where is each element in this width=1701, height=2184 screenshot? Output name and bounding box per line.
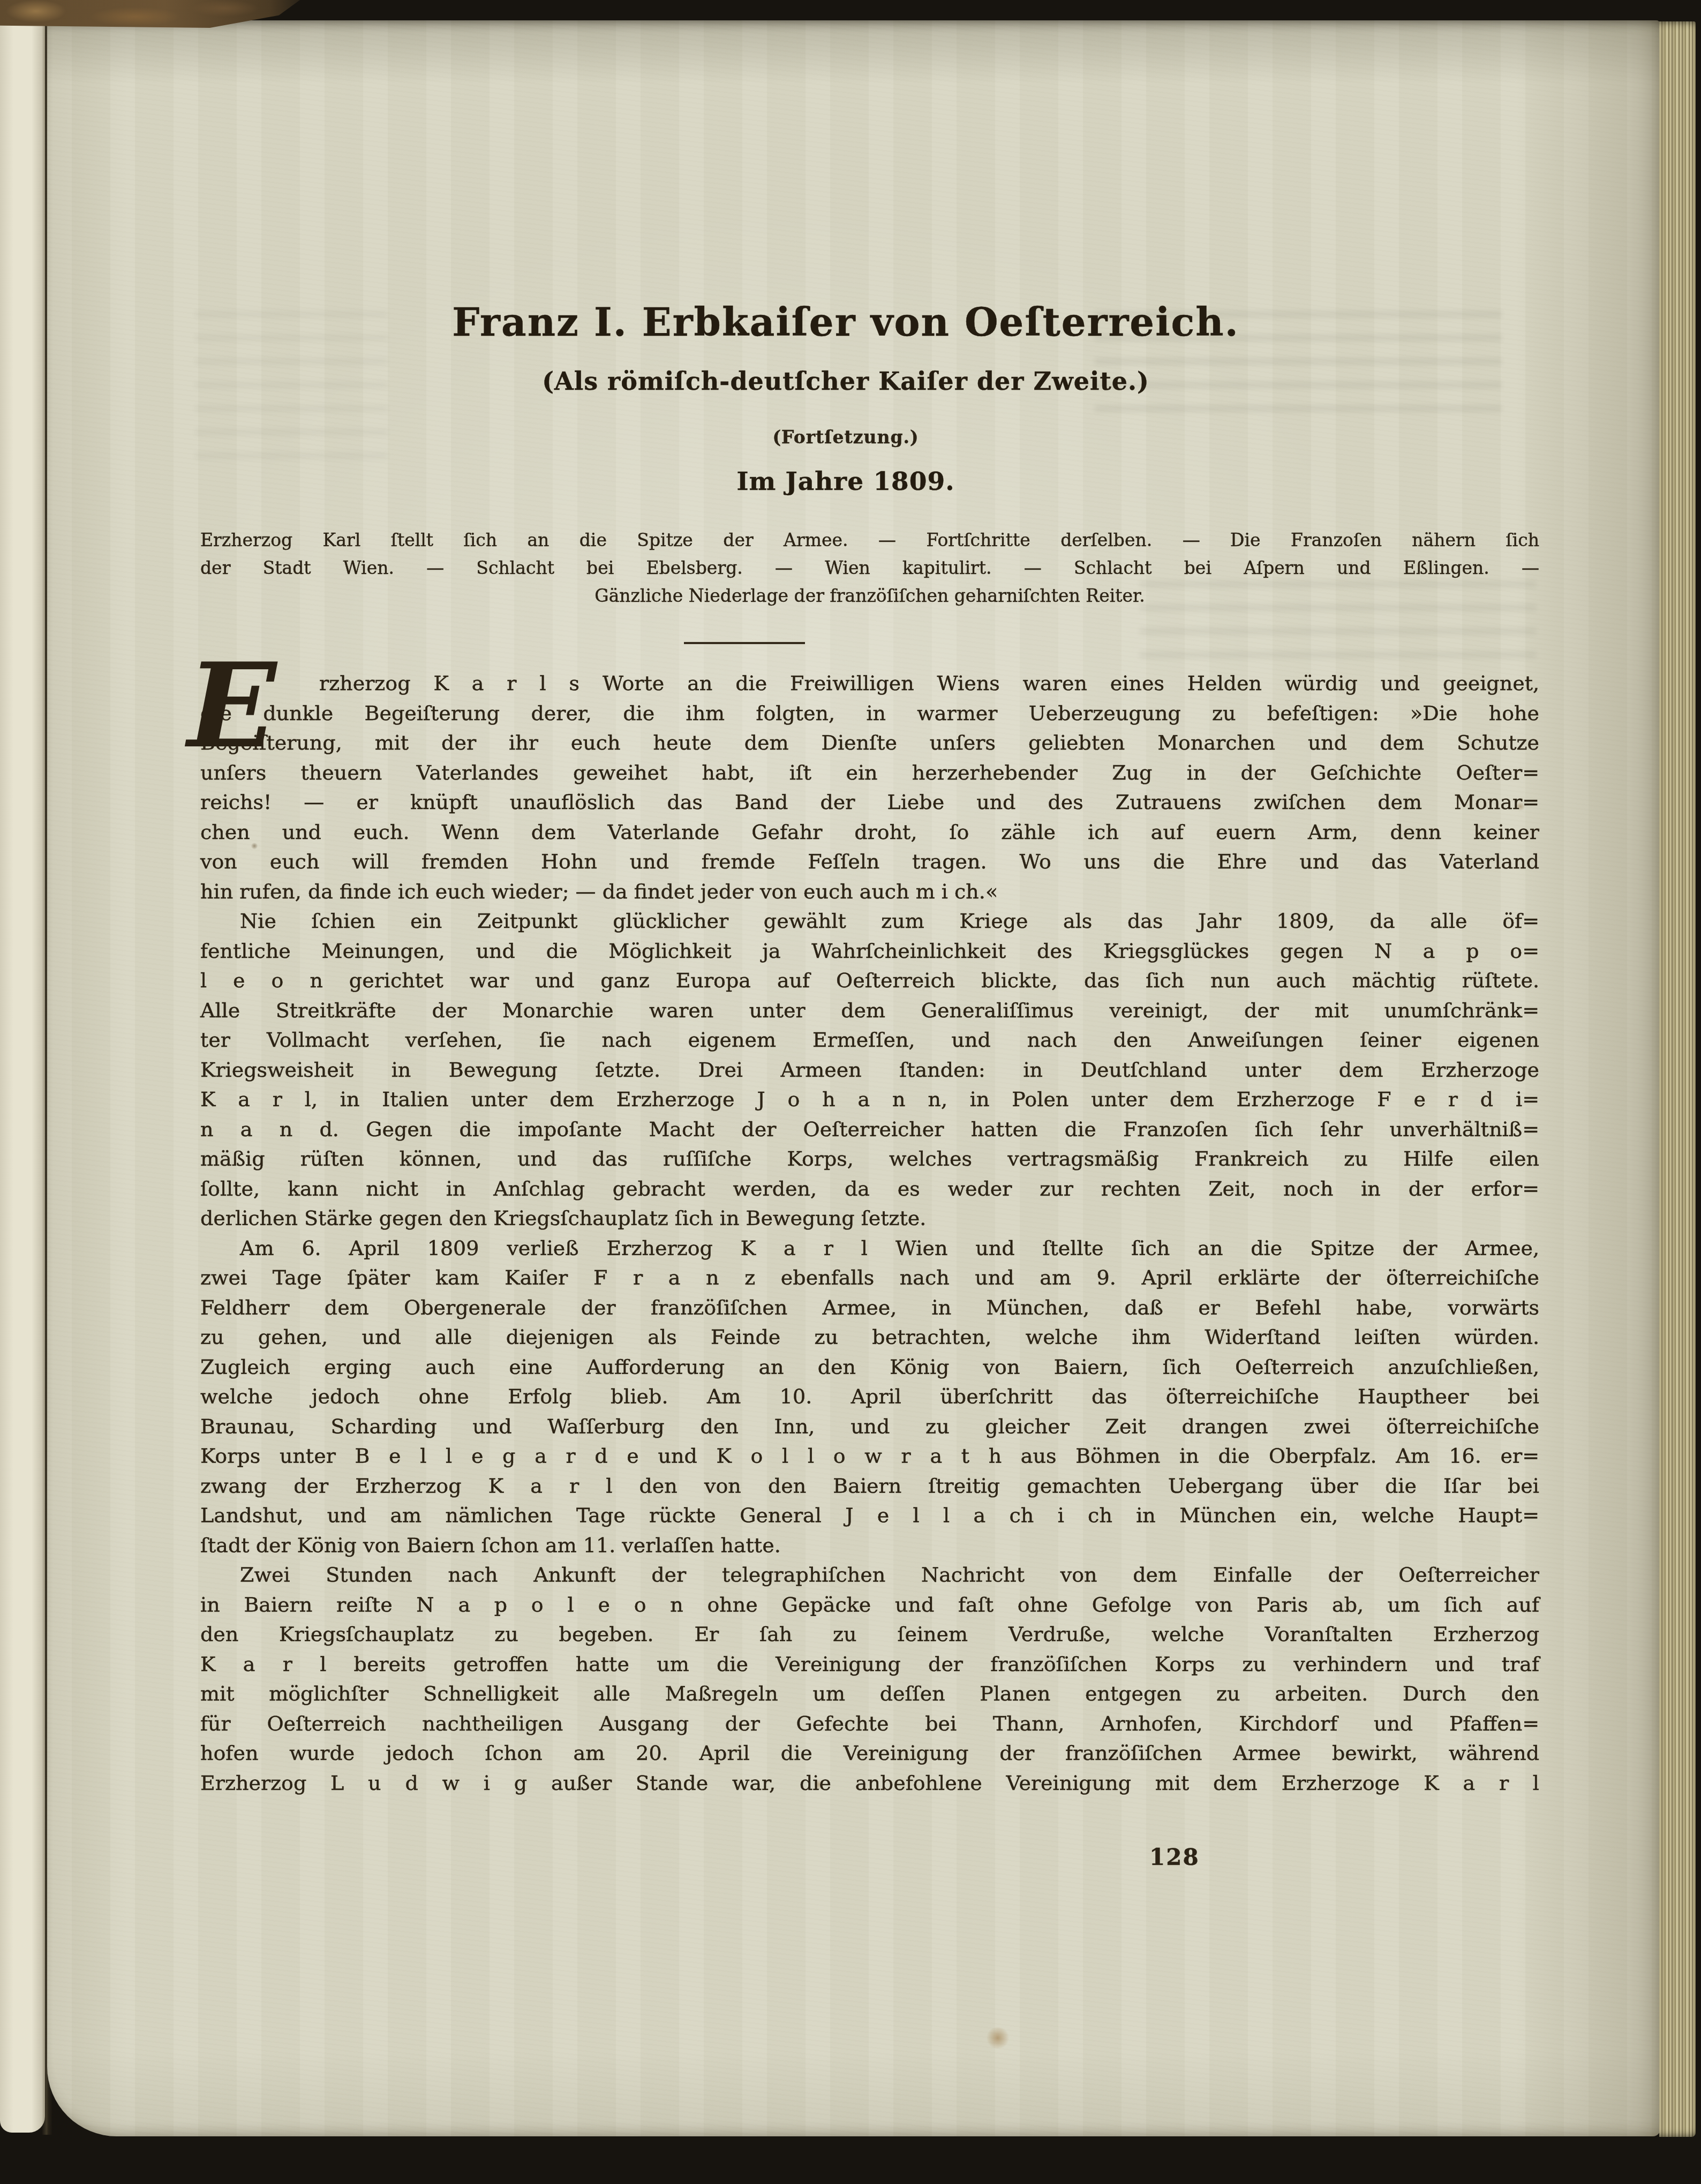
printed-text-block: Franz I. Erbkaiſer von Oeſterreich. (Als… xyxy=(200,301,1539,1870)
body-line: zwei Tage ſpäter kam Kaiſer F r a n z eb… xyxy=(200,1263,1539,1293)
body-line: mit möglichſter Schnelligkeit alle Maßre… xyxy=(200,1679,1539,1709)
body-line: K a r l bereits getroffen hatte um die V… xyxy=(200,1650,1539,1680)
section-divider-rule xyxy=(684,642,805,644)
body-line: Am 6. April 1809 verließ Erzherzog K a r… xyxy=(200,1234,1539,1264)
continuation-note: (Fortſetzung.) xyxy=(176,427,1515,448)
summary-line: der Stadt Wien. — Schlacht bei Ebelsberg… xyxy=(200,554,1539,582)
body-line: hin rufen, da finde ich euch wieder; — d… xyxy=(200,877,1539,907)
body-line: zwang der Erzherzog K a r l den von den … xyxy=(200,1471,1539,1501)
page-title: Franz I. Erbkaiſer von Oeſterreich. xyxy=(176,301,1515,343)
body-line: ſollte, kann nicht in Anſchlag gebracht … xyxy=(200,1174,1539,1204)
body-line: den Kriegsſchauplatz zu begeben. Er ſah … xyxy=(200,1620,1539,1650)
body-line: derlichen Stärke gegen den Kriegsſchaupl… xyxy=(200,1204,1539,1234)
body-line: in Baiern reiſte N a p o l e o n ohne Ge… xyxy=(200,1590,1539,1620)
drop-cap-initial: E xyxy=(187,647,276,764)
body-line: Erzherzog L u d w i g außer Stande war, … xyxy=(200,1769,1539,1798)
body-line: Nie ſchien ein Zeitpunkt glücklicher gew… xyxy=(200,906,1539,936)
body-line: unſers theuern Vaterlandes geweihet habt… xyxy=(200,758,1539,788)
body-line: Begeiſterung, mit der ihr euch heute dem… xyxy=(200,728,1539,758)
body-line: mäßig rüſten können, und das ruſſiſche K… xyxy=(200,1144,1539,1174)
body-line: fentliche Meinungen, und die Möglichkeit… xyxy=(200,936,1539,966)
body-line: K a r l, in Italien unter dem Erzherzoge… xyxy=(200,1085,1539,1115)
body-line: von euch will fremden Hohn und fremde Fe… xyxy=(200,847,1539,877)
heading-group: Franz I. Erbkaiſer von Oeſterreich. (Als… xyxy=(176,301,1515,496)
body-line: Zugleich erging auch eine Aufforderung a… xyxy=(200,1352,1539,1382)
body-line: welche jedoch ohne Erfolg blieb. Am 10. … xyxy=(200,1382,1539,1412)
body-line: Landshut, und am nämlichen Tage rückte G… xyxy=(200,1501,1539,1531)
body-line: n a n d. Gegen die impoſante Macht der O… xyxy=(200,1115,1539,1145)
book-page-scan: { "colors": { "paper": "#d9d7c4", "ink":… xyxy=(0,0,1701,2184)
body-line: chen und euch. Wenn dem Vaterlande Gefah… xyxy=(200,818,1539,848)
book-fore-edge-pages xyxy=(1659,21,1696,2137)
body-line: l e o n gerichtet war und ganz Europa au… xyxy=(200,966,1539,996)
section-heading: Im Jahre 1809. xyxy=(176,467,1515,496)
foxing-stain xyxy=(985,2027,1010,2049)
scanned-book-page: Franz I. Erbkaiſer von Oeſterreich. (Als… xyxy=(47,20,1660,2136)
body-line: ſtadt der König von Baiern ſchon am 11. … xyxy=(200,1531,1539,1561)
summary-line: Erzherzog Karl ſtellt ſich an die Spitze… xyxy=(200,526,1539,554)
page-number: 128 xyxy=(200,1844,1539,1870)
body-line: hofen wurde jedoch ſchon am 20. April di… xyxy=(200,1739,1539,1769)
body-line: Alle Streitkräfte der Monarchie waren un… xyxy=(200,996,1539,1026)
chapter-summary: Erzherzog Karl ſtellt ſich an die Spitze… xyxy=(200,526,1539,610)
body-line: die dunkle Begeiſterung derer, die ihm f… xyxy=(200,699,1539,729)
body-line: reichs! — er knüpft unauflöslich das Ban… xyxy=(200,788,1539,818)
body-line: ter Vollmacht verſehen, ſie nach eigenem… xyxy=(200,1025,1539,1055)
body-line: Kriegsweisheit in Bewegung ſetzte. Drei … xyxy=(200,1055,1539,1085)
previous-page-edge xyxy=(0,22,45,2133)
body-line: Feldherr dem Obergenerale der franzöſiſc… xyxy=(200,1293,1539,1323)
body-line: für Oeſterreich nachtheiligen Ausgang de… xyxy=(200,1709,1539,1739)
body-line: zu gehen, und alle diejenigen als Feinde… xyxy=(200,1323,1539,1352)
page-subtitle: (Als römiſch-deutſcher Kaiſer der Zweite… xyxy=(176,367,1515,396)
body-line: rzherzog K a r l s Worte an die Freiwill… xyxy=(200,669,1539,699)
body-line: Braunau, Scharding und Waſſerburg den In… xyxy=(200,1412,1539,1442)
body-text: E rzherzog K a r l s Worte an die Freiwi… xyxy=(200,669,1539,1798)
body-line: Korps unter B e l l e g a r d e und K o … xyxy=(200,1441,1539,1471)
summary-line: Gänzliche Niederlage der franzöſiſchen g… xyxy=(200,582,1539,610)
body-line: Zwei Stunden nach Ankunft der telegraphi… xyxy=(200,1560,1539,1590)
